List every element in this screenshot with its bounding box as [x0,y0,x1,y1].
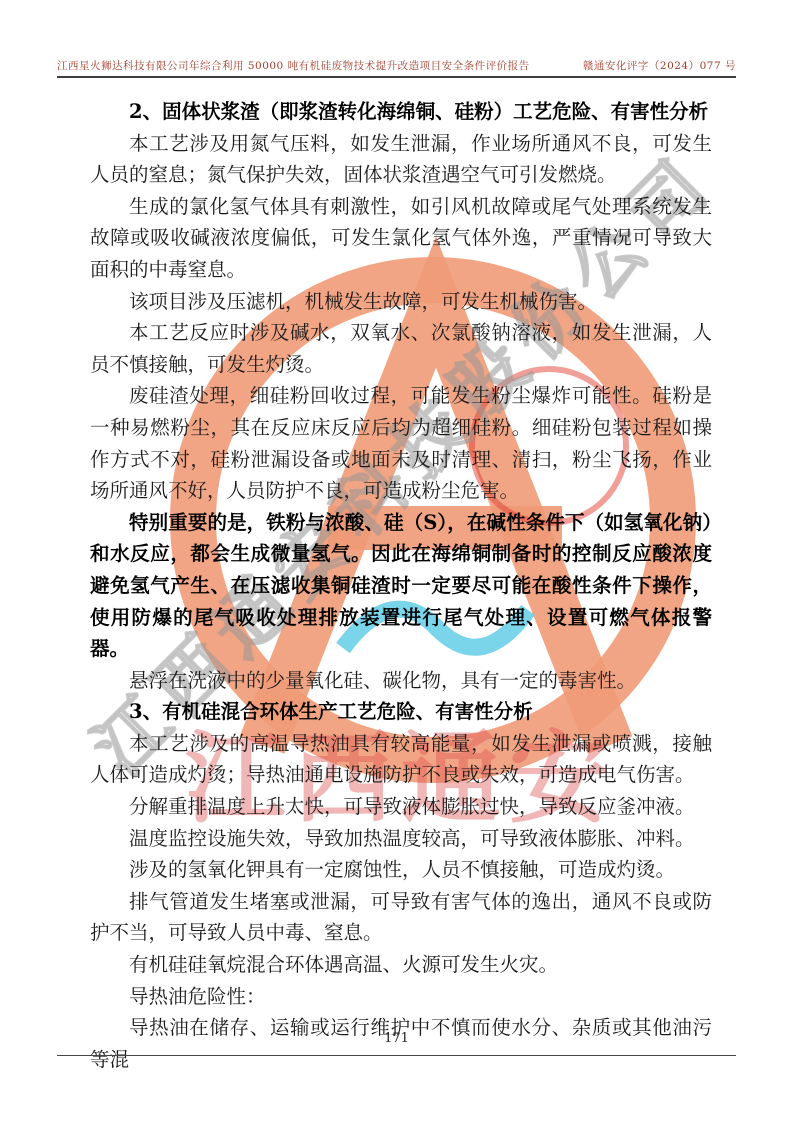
paragraph: 该项目涉及压滤机，机械发生故障，可发生机械伤害。 [90,286,712,318]
body-content: 2、固体状浆渣（即浆渣转化海绵铜、硅粉）工艺危险、有害性分析本工艺涉及用氮气压料… [90,96,712,1075]
paragraph: 本工艺反应时涉及碱水，双氧水、次氯酸钠溶液，如发生泄漏，人员不慎接触，可发生灼烫… [90,317,712,380]
paragraph: 分解重排温度上升太快，可导致液体膨胀过快，导致反应釜冲液。 [90,791,712,823]
paragraph: 温度监控设施失效，导致加热温度较高，可导致液体膨胀、冲料。 [90,823,712,855]
page-number: 171 [0,1031,793,1046]
paragraph: 悬浮在洗液中的少量氧化硅、碳化物，具有一定的毒害性。 [90,665,712,697]
section-heading: 3、有机硅混合环体生产工艺危险、有害性分析 [90,696,712,728]
footer-rule [57,1055,736,1056]
document-page: 江西通安科技股份公司 江西通安 江西星火狮达科技有限公司年综合利用 50000 … [0,0,793,1122]
paragraph: 本工艺涉及的高温导热油具有较高能量，如发生泄漏或喷溅，接触人体可造成灼烫；导热油… [90,728,712,791]
paragraph: 排气管道发生堵塞或泄漏，可导致有害气体的逸出，通风不良或防护不当，可导致人员中毒… [90,886,712,949]
paragraph: 废硅渣处理，细硅粉回收过程，可能发生粉尘爆炸可能性。硅粉是一种易燃粉尘，其在反应… [90,380,712,506]
paragraph: 生成的氯化氢气体具有刺激性，如引风机故障或尾气处理系统发生故障或吸收碱液浓度偏低… [90,191,712,286]
section-heading: 特别重要的是，铁粉与浓酸、硅（S），在碱性条件下（如氢氧化钠）和水反应，都会生成… [90,507,712,665]
paragraph: 导热油危险性： [90,981,712,1013]
header-report-title: 江西星火狮达科技有限公司年综合利用 50000 吨有机硅废物技术提升改造项目安全… [57,59,530,73]
section-heading: 2、固体状浆渣（即浆渣转化海绵铜、硅粉）工艺危险、有害性分析 [90,96,712,128]
paragraph: 涉及的氢氧化钾具有一定腐蚀性，人员不慎接触，可造成灼烫。 [90,854,712,886]
paragraph: 本工艺涉及用氮气压料，如发生泄漏，作业场所通风不良，可发生人员的窒息；氮气保护失… [90,128,712,191]
paragraph: 有机硅硅氧烷混合环体遇高温、火源可发生火灾。 [90,949,712,981]
header-doc-number: 赣通安化评字（2024）077 号 [583,59,736,73]
page-header: 江西星火狮达科技有限公司年综合利用 50000 吨有机硅废物技术提升改造项目安全… [57,59,736,78]
